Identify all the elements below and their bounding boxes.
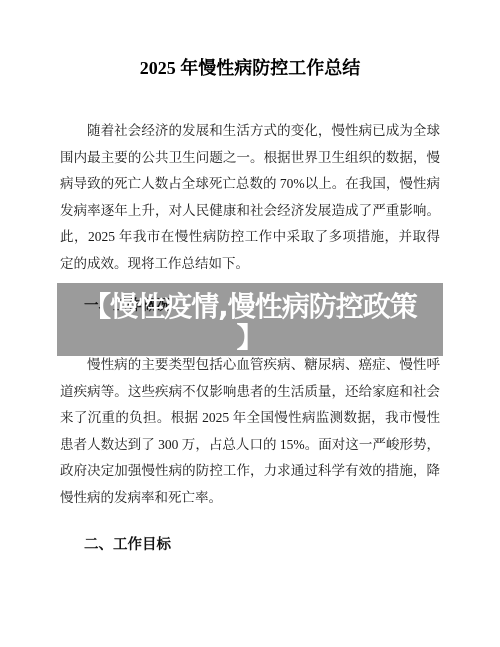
text-line: 慢性病的发病率和死亡率。 bbox=[60, 485, 440, 512]
highlight-overlay-caption: 【慢性疫情,慢性病防控政策 】 bbox=[57, 291, 443, 353]
document-page: 2025 年慢性病防控工作总结 随着社会经济的发展和生活方式的变化，慢性病已成为… bbox=[0, 0, 500, 647]
text-line: 道疾病等。这些疾病不仅影响患者的生活质量，还给家庭和社会带 bbox=[60, 379, 440, 406]
overlay-caption-line: 】 bbox=[57, 322, 443, 353]
text-line: 来了沉重的负担。根据 2025 年全国慢性病监测数据，我市慢性病 bbox=[60, 405, 440, 432]
text-line: 政府决定加强慢性病的防控工作，力求通过科学有效的措施，降低 bbox=[60, 458, 440, 485]
text-line: 慢性病的主要类型包括心血管疾病、糖尿病、癌症、慢性呼吸 bbox=[60, 352, 440, 379]
text-line: 发病率逐年上升，对人民健康和社会经济发展造成了严重影响。为 bbox=[60, 198, 440, 225]
text-line: 定的成效。现将工作总结如下。 bbox=[60, 251, 440, 278]
overlay-caption-line: 【慢性疫情,慢性病防控政策 bbox=[57, 291, 443, 322]
text-line: 病导致的死亡人数占全球死亡总数的 70%以上。在我国，慢性病的 bbox=[60, 171, 440, 198]
text-line: 围内最主要的公共卫生问题之一。根据世界卫生组织的数据，慢性 bbox=[60, 145, 440, 172]
paragraph-types: 慢性病的主要类型包括心血管疾病、糖尿病、癌症、慢性呼吸 道疾病等。这些疾病不仅影… bbox=[60, 352, 440, 511]
document-title: 2025 年慢性病防控工作总结 bbox=[0, 55, 500, 81]
section-heading-goals: 二、工作目标 bbox=[60, 532, 440, 559]
paragraph-intro: 随着社会经济的发展和生活方式的变化，慢性病已成为全球范 围内最主要的公共卫生问题… bbox=[60, 118, 440, 277]
text-line: 随着社会经济的发展和生活方式的变化，慢性病已成为全球范 bbox=[60, 118, 440, 145]
text-line: 患者人数达到了 300 万，占总人口的 15%。面对这一严峻形势，市 bbox=[60, 432, 440, 459]
text-line: 此，2025 年我市在慢性病防控工作中采取了多项措施，并取得了一 bbox=[60, 224, 440, 251]
